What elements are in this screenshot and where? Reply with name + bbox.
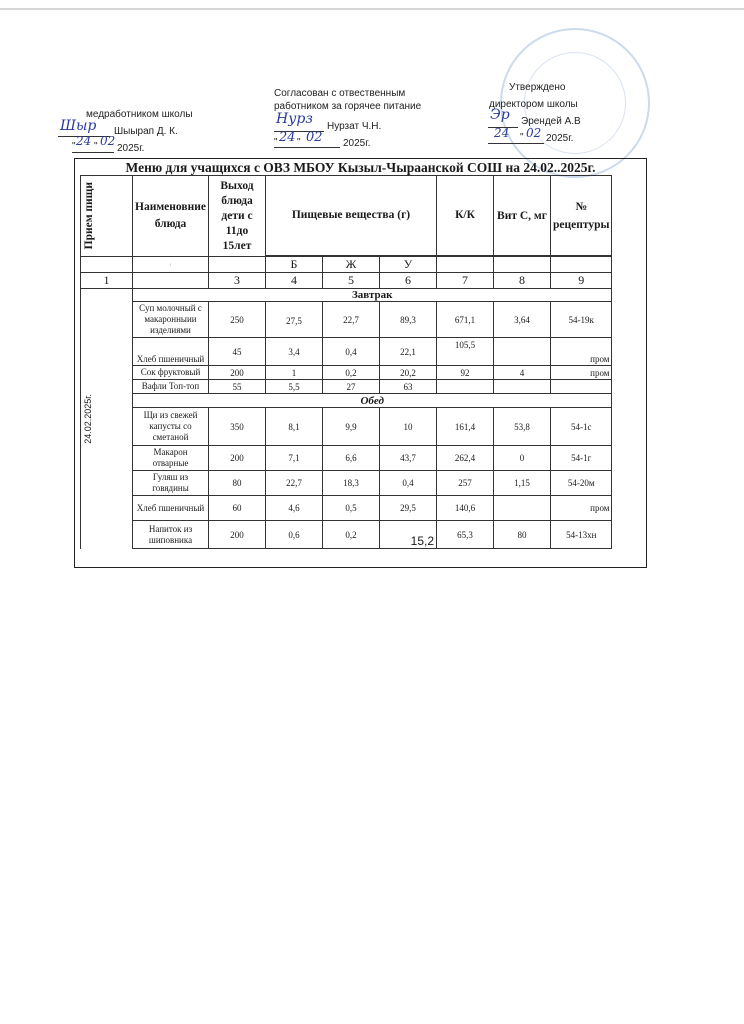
- medic-date-month: 02: [100, 135, 115, 147]
- kcal: 161,4: [437, 408, 494, 446]
- portion: 60: [209, 496, 266, 521]
- header-row: Прием пищи Наименовние блюда Выход блюда…: [81, 176, 612, 256]
- dish-name: Суп молочный с макаронныии изделиями: [133, 302, 209, 338]
- director-signature: Эр: [490, 108, 510, 122]
- dish-name: Хлеб пшеничный: [133, 338, 209, 366]
- fat: 22,7: [323, 302, 380, 338]
- kcal: 140,6: [437, 496, 494, 521]
- dish-name: Хлеб пшеничный: [133, 496, 209, 521]
- director-date-month: 02: [526, 127, 541, 139]
- subheader-b: Б: [266, 257, 323, 273]
- recipe: 54-20м: [551, 471, 612, 496]
- fat: 18,3: [323, 471, 380, 496]
- carbs: 22,1: [380, 338, 437, 366]
- carbs: 29,5: [380, 496, 437, 521]
- recipe: пром: [551, 366, 612, 380]
- fat: 0,5: [323, 496, 380, 521]
- dish-name: Гуляш из говядины: [133, 471, 209, 496]
- food-name: Нурзат Ч.Н.: [327, 122, 381, 132]
- recipe: пром: [551, 338, 612, 366]
- dish-name: Напиток из шиповника: [133, 521, 209, 549]
- vitc: 53,8: [494, 408, 551, 446]
- fat: 0,2: [323, 366, 380, 380]
- header-nutrients: Пищевые вещества (г): [266, 176, 437, 256]
- food-signature: Нурз: [276, 112, 313, 126]
- portion: 80: [209, 471, 266, 496]
- subheader-mark: ‹: [133, 257, 209, 273]
- recipe: [551, 380, 612, 394]
- carbs: 20,2: [380, 366, 437, 380]
- colnum-4: 4: [266, 273, 323, 289]
- portion: 55: [209, 380, 266, 394]
- table-row: Щи из свежей капусты со сметаной 350 8,1…: [81, 408, 612, 446]
- colnum-1: 1: [81, 273, 133, 289]
- protein: 3,4: [266, 338, 323, 366]
- protein: 7,1: [266, 446, 323, 471]
- subheader-u: У: [380, 257, 437, 273]
- day-label: 24.02.2025г.: [83, 394, 93, 444]
- vitc: [494, 380, 551, 394]
- colnum-8: 8: [494, 273, 551, 289]
- kcal: 262,4: [437, 446, 494, 471]
- table-row: Напиток из шиповника 200 0,6 0,2 15,2 65…: [81, 521, 612, 549]
- section-lunch: Обед: [81, 394, 612, 408]
- food-date-day: 24: [279, 131, 296, 144]
- portion: 200: [209, 366, 266, 380]
- vitc: [494, 496, 551, 521]
- dish-name: Вафли Топ-топ: [133, 380, 209, 394]
- protein: 27,5: [266, 302, 323, 338]
- protein: 22,7: [266, 471, 323, 496]
- table-row: Хлеб пшеничный 60 4,6 0,5 29,5 140,6 про…: [81, 496, 612, 521]
- column-numbers-row: 1 3 4 5 6 7 8 9: [81, 273, 612, 289]
- vitc: 4: [494, 366, 551, 380]
- vitc: 0: [494, 446, 551, 471]
- header-portion: Выход блюда дети с 11до 15лет: [209, 176, 266, 257]
- fat: 27: [323, 380, 380, 394]
- menu-title: Меню для учащихся с ОВЗ МБОУ Кызыл-Чыраа…: [74, 160, 647, 176]
- recipe: 54-1с: [551, 408, 612, 446]
- dish-name: Макарон отварные: [133, 446, 209, 471]
- fat: 9,9: [323, 408, 380, 446]
- table-row: Макарон отварные 200 7,1 6,6 43,7 262,4 …: [81, 446, 612, 471]
- fat: 0,2: [323, 521, 380, 549]
- table-row: Гуляш из говядины 80 22,7 18,3 0,4 257 1…: [81, 471, 612, 496]
- table-row: Суп молочный с макаронныии изделиями 250…: [81, 302, 612, 338]
- fat: 6,6: [323, 446, 380, 471]
- table-row: Вафли Топ-топ 55 5,5 27 63: [81, 380, 612, 394]
- medic-name: Шыырап Д. К.: [114, 127, 178, 137]
- header-dish: Наименовние блюда: [133, 176, 209, 257]
- colnum-3: 3: [209, 273, 266, 289]
- vitc: 1,15: [494, 471, 551, 496]
- kcal: 257: [437, 471, 494, 496]
- kcal: 105,5: [437, 338, 494, 366]
- food-date-month: 02: [306, 131, 323, 144]
- medic-year: 2025г.: [117, 144, 144, 154]
- colnum-9: 9: [551, 273, 612, 289]
- colnum-6: 6: [380, 273, 437, 289]
- kcal: [437, 380, 494, 394]
- carbs: 10: [380, 408, 437, 446]
- scan-edge: [0, 8, 744, 10]
- vitc: 80: [494, 521, 551, 549]
- director-line1: Утверждено: [509, 83, 565, 93]
- carbs: 43,7: [380, 446, 437, 471]
- protein: 1: [266, 366, 323, 380]
- portion: 200: [209, 521, 266, 549]
- portion: 45: [209, 338, 266, 366]
- vitc: [494, 338, 551, 366]
- subheader-row: ‹ Б Ж У: [81, 257, 612, 273]
- recipe: 54-13хн: [551, 521, 612, 549]
- carbs: 89,3: [380, 302, 437, 338]
- subheader-zh: Ж: [323, 257, 380, 273]
- director-year: 2025г.: [546, 134, 573, 144]
- recipe: 54-19к: [551, 302, 612, 338]
- medic-role: медработником школы: [86, 110, 193, 120]
- table-row: Хлеб пшеничный 45 3,4 0,4 22,1 105,5 про…: [81, 338, 612, 366]
- dish-name: Сок фруктовый: [133, 366, 209, 380]
- header-recipe: № рецептуры: [551, 176, 612, 256]
- director-date-day: 24: [494, 127, 509, 139]
- vitc: 3,64: [494, 302, 551, 338]
- portion: 200: [209, 446, 266, 471]
- menu-table: Прием пищи Наименовние блюда Выход блюда…: [80, 175, 612, 549]
- protein: 5,5: [266, 380, 323, 394]
- colnum-5: 5: [323, 273, 380, 289]
- kcal: 65,3: [437, 521, 494, 549]
- recipe: 54-1г: [551, 446, 612, 471]
- food-line1: Согласован с отвественным: [274, 89, 405, 99]
- carbs: 15,2: [380, 521, 437, 549]
- medic-date-day: 24: [76, 135, 91, 147]
- portion: 350: [209, 408, 266, 446]
- section-breakfast: 24.02.2025г. Завтрак: [81, 289, 612, 302]
- dish-name: Щи из свежей капусты со сметаной: [133, 408, 209, 446]
- kcal: 671,1: [437, 302, 494, 338]
- protein: 4,6: [266, 496, 323, 521]
- kcal: 92: [437, 366, 494, 380]
- fat: 0,4: [323, 338, 380, 366]
- header-meal: Прием пищи: [83, 182, 96, 249]
- header-kcal: К/К: [437, 176, 494, 256]
- protein: 8,1: [266, 408, 323, 446]
- table-row: Сок фруктовый 200 1 0,2 20,2 92 4 пром: [81, 366, 612, 380]
- colnum-7: 7: [437, 273, 494, 289]
- header-vitc: Вит С, мг: [494, 176, 551, 256]
- section-title: Обед: [133, 394, 612, 408]
- section-title: Завтрак: [133, 289, 612, 302]
- medic-signature: Шыр: [60, 119, 96, 133]
- protein: 0,6: [266, 521, 323, 549]
- recipe: пром: [551, 496, 612, 521]
- carbs: 63: [380, 380, 437, 394]
- carbs: 0,4: [380, 471, 437, 496]
- portion: 250: [209, 302, 266, 338]
- food-year: 2025г.: [343, 139, 370, 149]
